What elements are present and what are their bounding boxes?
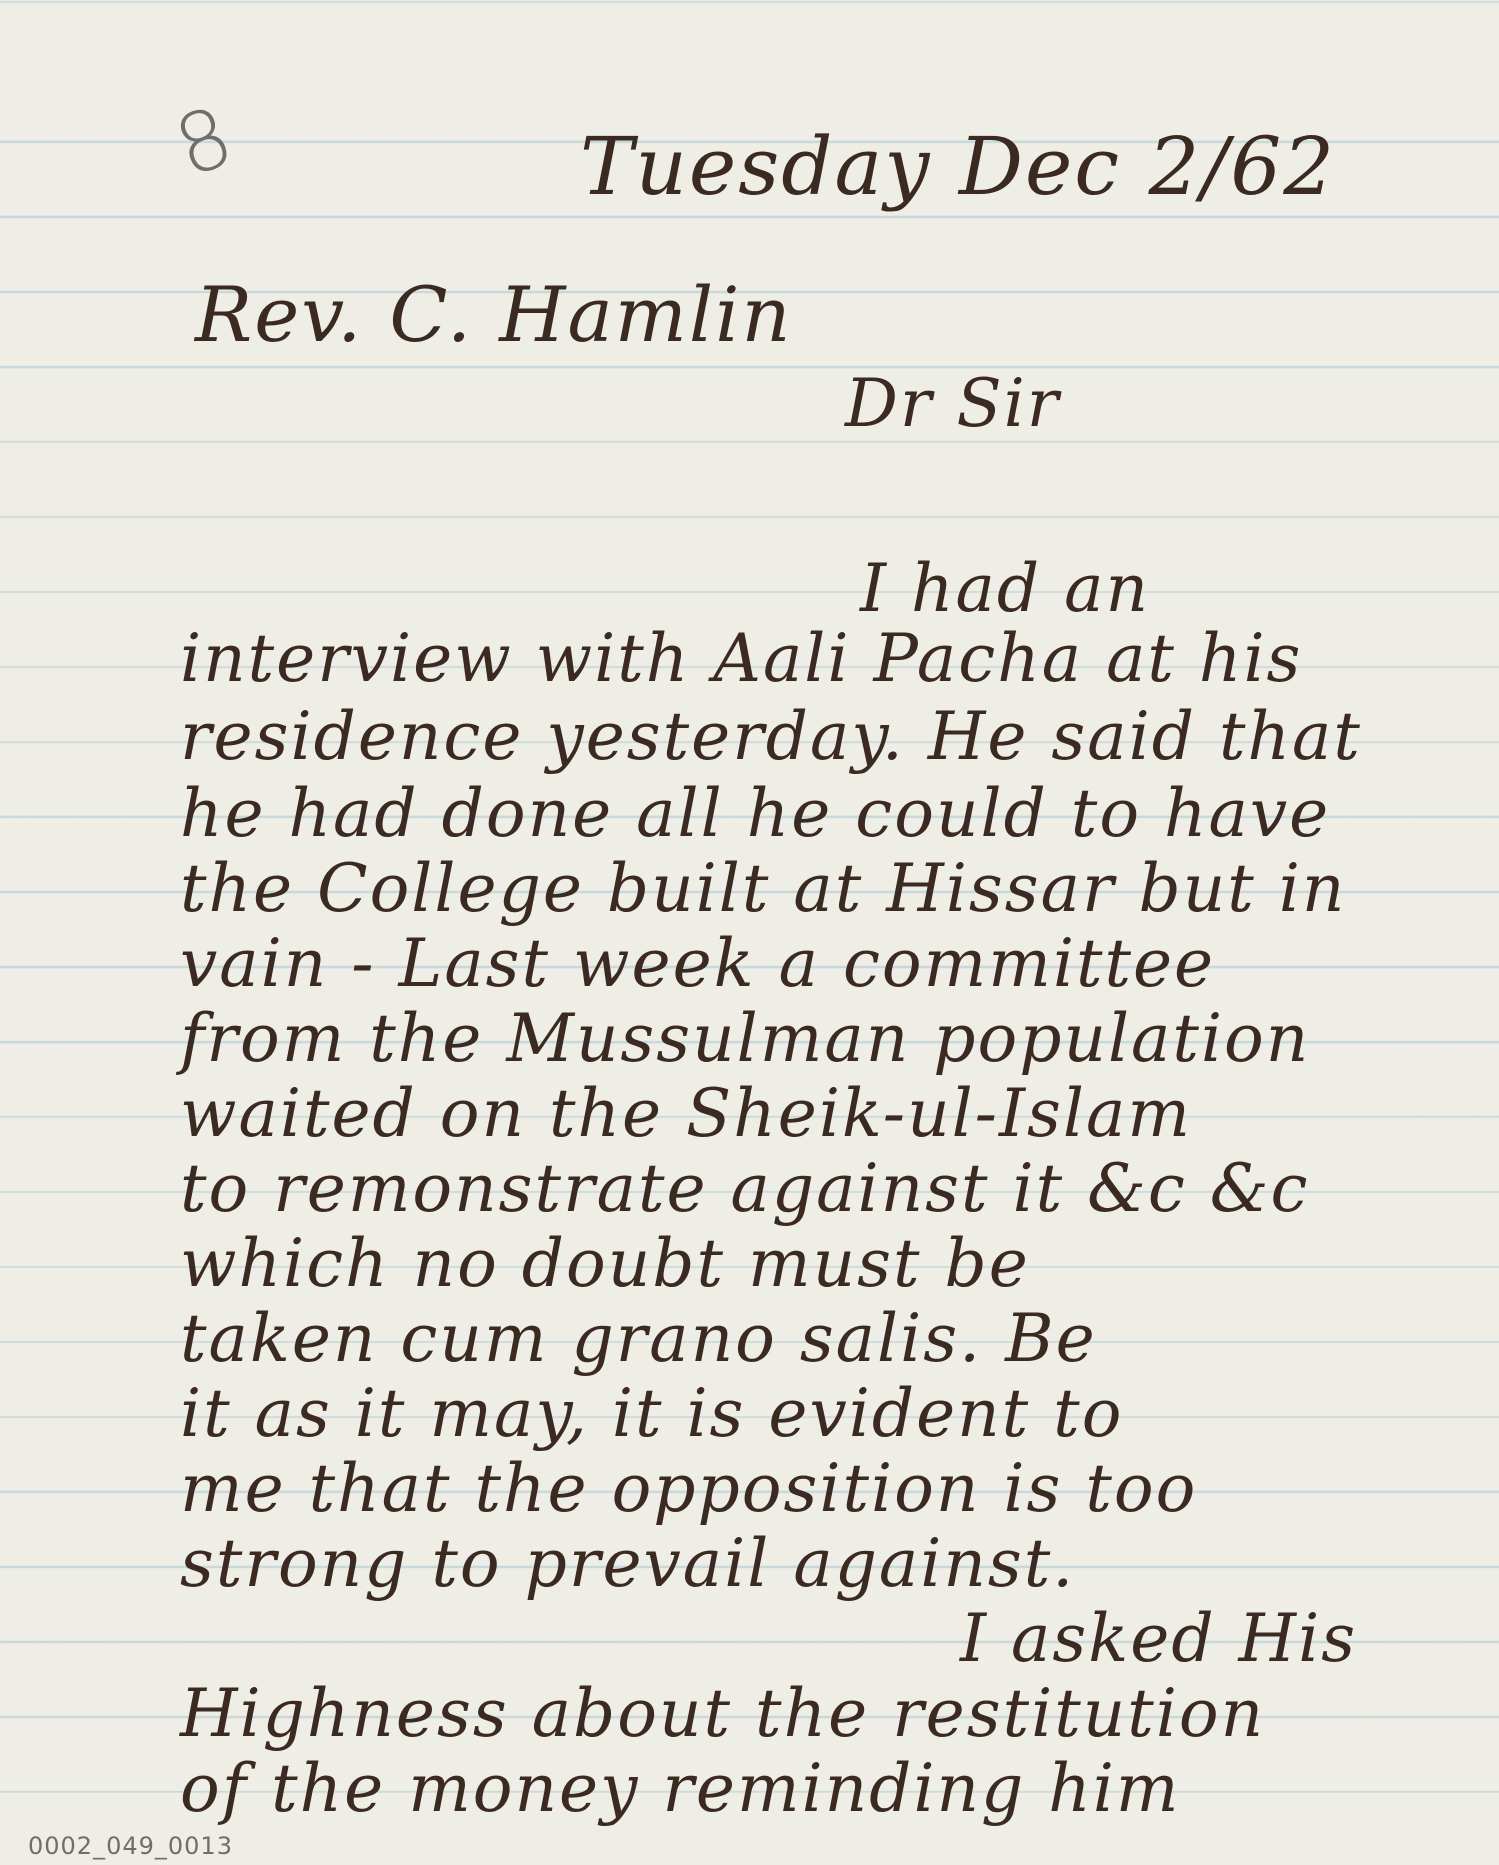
letter-page: 8 Tuesday Dec 2/62 Rev. C. Hamlin Dr Sir… bbox=[0, 0, 1499, 1865]
body-line: to remonstrate against it &c &c bbox=[180, 1150, 1309, 1227]
body-line: from the Mussulman population bbox=[180, 1000, 1310, 1077]
body-line: it as it may, it is evident to bbox=[180, 1375, 1123, 1452]
body-line: Highness about the restitution bbox=[180, 1675, 1265, 1752]
body-line: me that the opposition is too bbox=[180, 1450, 1197, 1527]
recipient-name: Rev. C. Hamlin bbox=[195, 270, 792, 359]
body-line: the College built at Hissar but in bbox=[180, 850, 1346, 927]
body-line: taken cum grano salis. Be bbox=[180, 1300, 1097, 1377]
body-line: residence yesterday. He said that bbox=[180, 698, 1362, 775]
archive-id-label: 0002_049_0013 bbox=[28, 1832, 233, 1860]
body-line: waited on the Sheik-ul-Islam bbox=[180, 1075, 1192, 1152]
body-line: interview with Aali Pacha at his bbox=[180, 620, 1302, 697]
body-line: strong to prevail against. bbox=[180, 1525, 1075, 1602]
body-line: he had done all he could to have bbox=[180, 775, 1330, 852]
body-line: of the money reminding him bbox=[180, 1750, 1180, 1827]
folio-number: 8 bbox=[163, 89, 245, 196]
body-line: vain - Last week a committee bbox=[180, 925, 1215, 1002]
body-line: I had an bbox=[860, 550, 1150, 627]
body-line: I asked His bbox=[960, 1600, 1357, 1677]
dateline: Tuesday Dec 2/62 bbox=[580, 120, 1336, 213]
greeting: Dr Sir bbox=[845, 365, 1060, 442]
body-line: which no doubt must be bbox=[180, 1225, 1030, 1302]
